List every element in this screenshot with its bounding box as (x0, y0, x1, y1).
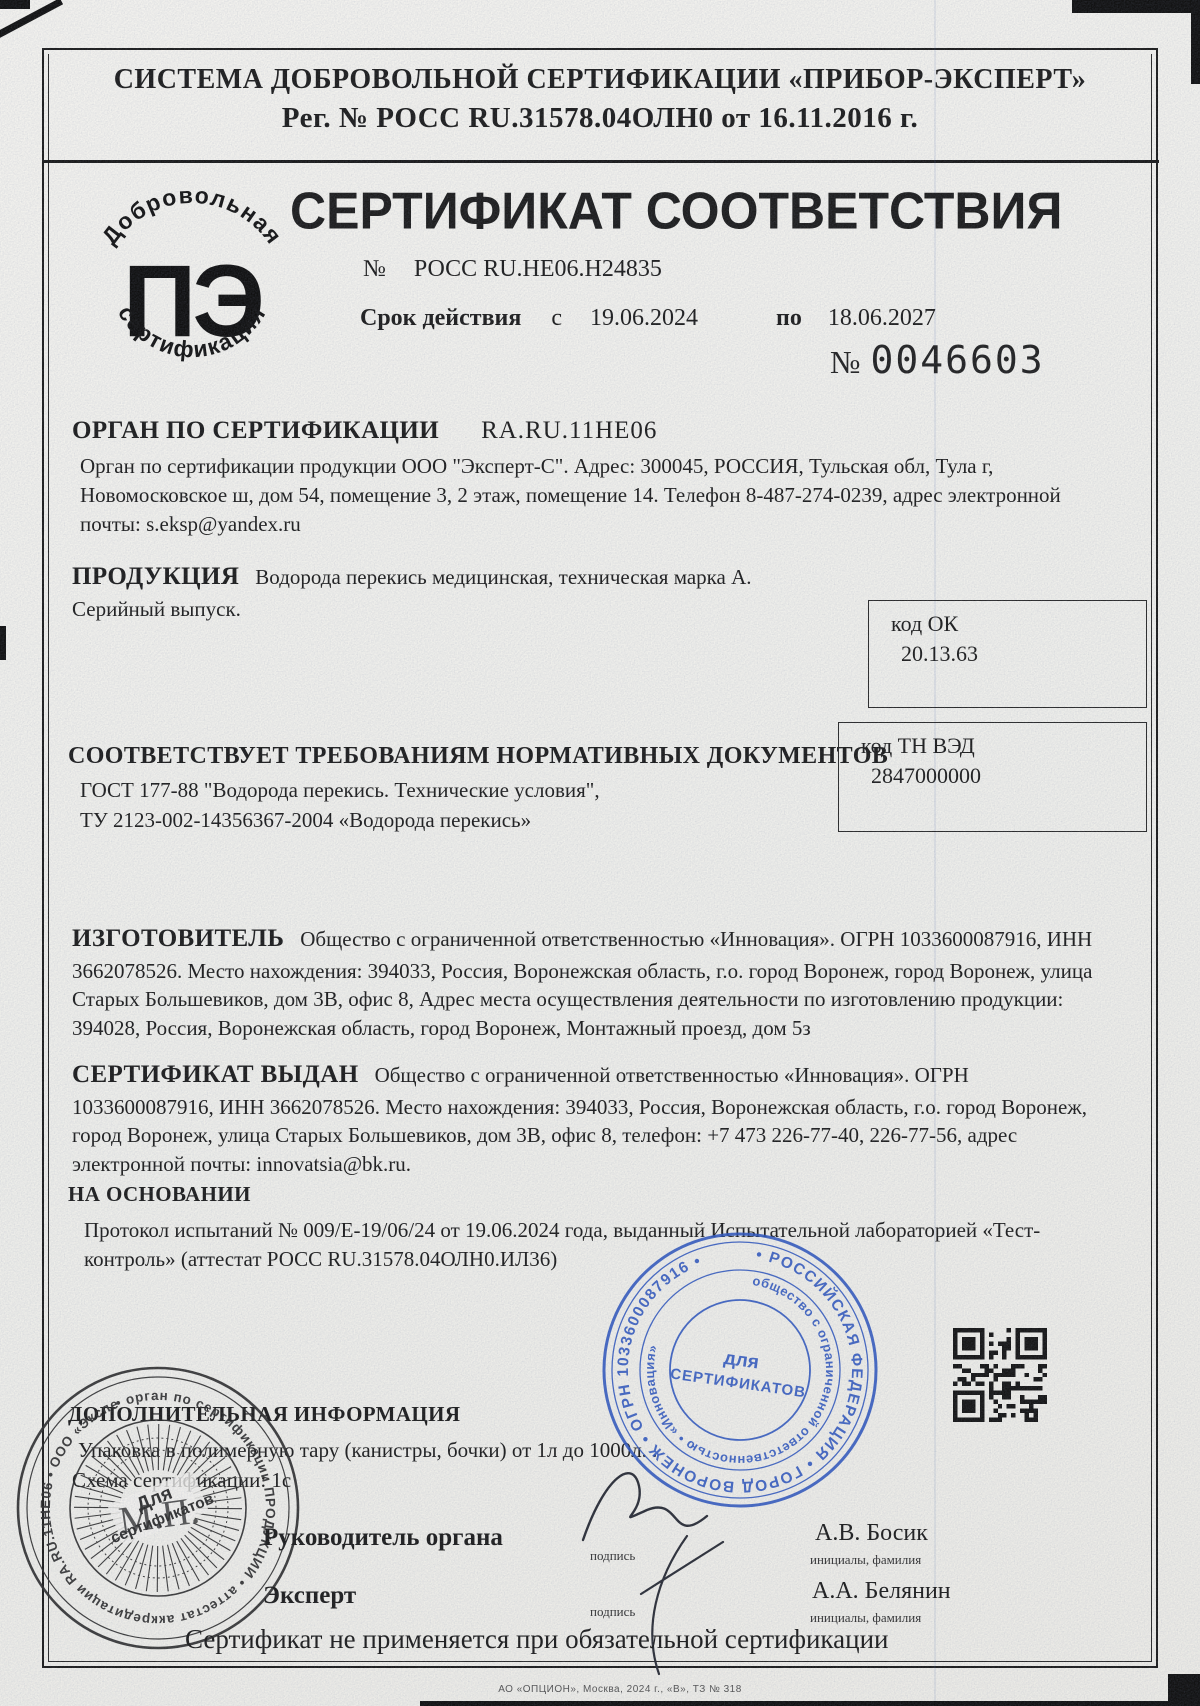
scan-artifact (0, 0, 30, 9)
expert-name: А.А. Белянин (812, 1578, 951, 1605)
expert-sign-label: подпись (590, 1604, 635, 1620)
ok-code-value: 20.13.63 (869, 637, 1146, 667)
organ-body: Орган по сертификации продукции ООО "Экс… (80, 452, 1092, 539)
number-sign: № (363, 256, 386, 282)
blank-number-sign: № (830, 344, 863, 380)
scan-streak (934, 0, 936, 1706)
manufacturer-heading: ИЗГОТОВИТЕЛЬ (72, 925, 284, 952)
system-registration: Рег. № РОСС RU.31578.04ОЛН0 от 16.11.201… (60, 102, 1140, 135)
scan-artifact (0, 626, 6, 660)
conformity-line1: ГОСТ 177-88 "Водорода перекись. Техничес… (80, 776, 820, 805)
validity-line: Срок действияс19.06.2024по18.06.2027 (360, 305, 936, 332)
head-name: А.В. Босик (815, 1520, 928, 1547)
product-heading: ПРОДУКЦИЯ (72, 563, 239, 590)
basis-body: Протокол испытаний № 009/Е-19/06/24 от 1… (84, 1216, 1074, 1274)
header-separator-line (42, 160, 1159, 163)
product-body: Водорода перекись медицинская, техническ… (255, 565, 751, 589)
manufacturer-paragraph: ИЗГОТОВИТЕЛЬОбщество с ограниченной отве… (72, 922, 1112, 1043)
product-body2: Серийный выпуск. (72, 597, 241, 621)
scan-artifact (420, 1701, 1200, 1706)
organ-heading-line: ОРГАН ПО СЕРТИФИКАЦИИRA.RU.11НЕ06 (72, 414, 657, 449)
from-label: с (551, 305, 562, 331)
certificate-number-line: №РОСС RU.НЕ06.Н24835 (363, 256, 662, 283)
product-paragraph: ПРОДУКЦИЯВодорода перекись медицинская, … (72, 560, 872, 623)
scan-artifact (1168, 1674, 1200, 1706)
certification-system-header: СИСТЕМА ДОБРОВОЛЬНОЙ СЕРТИФИКАЦИИ «ПРИБО… (60, 64, 1140, 135)
conformity-heading: СООТВЕТСТВУЕТ ТРЕБОВАНИЯМ НОРМАТИВНЫХ ДО… (68, 740, 888, 773)
head-name-label: инициалы, фамилия (810, 1552, 921, 1568)
ok-code-box: код ОК 20.13.63 (868, 600, 1147, 708)
issued-to-paragraph: СЕРТИФИКАТ ВЫДАНОбщество с ограниченной … (72, 1058, 1112, 1179)
expert-role: Эксперт (263, 1582, 356, 1610)
certificate-title: СЕРТИФИКАТ СООТВЕТСТВИЯ (290, 181, 1060, 241)
additional-heading: ДОПОЛНИТЕЛЬНАЯ ИНФОРМАЦИЯ (68, 1400, 460, 1429)
valid-to-date: 18.06.2027 (828, 305, 936, 331)
scan-artifact (1072, 0, 1200, 13)
organ-heading: ОРГАН ПО СЕРТИФИКАЦИИ (72, 417, 439, 444)
system-name: СИСТЕМА ДОБРОВОЛЬНОЙ СЕРТИФИКАЦИИ «ПРИБО… (60, 64, 1140, 96)
valid-from-date: 19.06.2024 (590, 305, 698, 331)
additional-line2: Схема сертификации: 1с (72, 1466, 712, 1495)
tnved-code-box: код ТН ВЭД 2847000000 (838, 722, 1147, 832)
print-house-info: АО «ОПЦИОН», Москва, 2024 г., «В», ТЗ № … (380, 1684, 860, 1695)
blank-number: 0046603 (871, 338, 1045, 382)
validity-label: Срок действия (360, 305, 521, 331)
to-label: по (776, 305, 802, 331)
footer-note: Сертификат не применяется при обязательн… (185, 1624, 888, 1655)
tnved-code-value: 2847000000 (839, 759, 1146, 789)
certificate-number: РОСС RU.НЕ06.Н24835 (414, 256, 662, 282)
head-sign-label: подпись (590, 1548, 635, 1564)
additional-line1: Упаковка в полимерную тару (канистры, бо… (78, 1436, 718, 1465)
ok-code-label: код ОК (869, 601, 1146, 637)
conformity-line2: ТУ 2123-002-14356367-2004 «Водорода пере… (80, 806, 820, 835)
blank-number-line: №0046603 (830, 338, 1045, 382)
basis-heading: НА ОСНОВАНИИ (68, 1180, 251, 1209)
scan-artifact (1191, 0, 1200, 84)
issued-to-heading: СЕРТИФИКАТ ВЫДАН (72, 1061, 359, 1088)
certificate-page: СИСТЕМА ДОБРОВОЛЬНОЙ СЕРТИФИКАЦИИ «ПРИБО… (0, 0, 1200, 1706)
head-of-body-role: Руководитель органа (263, 1524, 503, 1552)
tnved-code-label: код ТН ВЭД (839, 723, 1146, 759)
organ-code: RA.RU.11НЕ06 (481, 417, 657, 444)
qr-code (953, 1328, 1047, 1422)
